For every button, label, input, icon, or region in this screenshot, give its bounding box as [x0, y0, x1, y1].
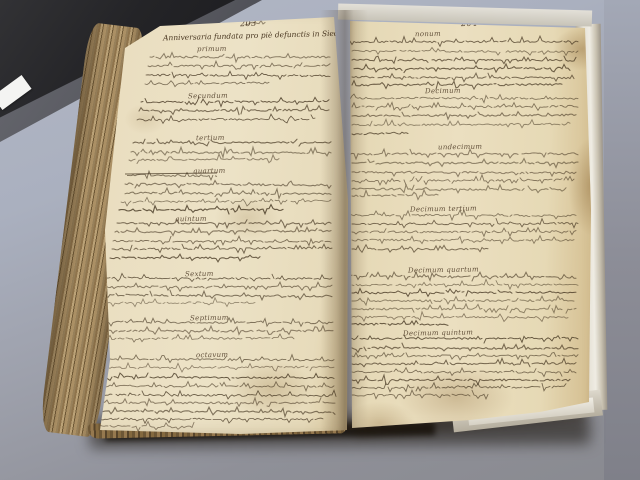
- section-heading: quartum: [193, 167, 226, 176]
- section-heading: Sextum: [185, 270, 214, 278]
- section-heading: Septimum: [190, 314, 229, 323]
- section-heading: Decimum quintum: [403, 328, 473, 337]
- photo-of-open-manuscript-book: 203 Anniversaria fundata pro piè defunct…: [0, 0, 640, 480]
- section-heading: tertium: [196, 134, 225, 142]
- handwriting-right: [338, 6, 600, 436]
- section-heading: quintum: [175, 215, 207, 224]
- section-heading: Decimum quartum: [408, 265, 479, 274]
- section-heading: primum: [197, 45, 227, 54]
- section-heading: Decimum tertium: [410, 204, 477, 213]
- section-heading: octavum: [196, 351, 228, 360]
- background-right-band: [604, 0, 640, 480]
- right-page: 204 nonumDecimumundecimumDecimum tertium…: [338, 6, 600, 436]
- page-number-left: 203: [240, 19, 257, 29]
- section-heading: nonum: [415, 30, 441, 38]
- section-heading: Secundum: [188, 92, 228, 101]
- section-heading: undecimum: [438, 143, 482, 152]
- section-heading: Decimum: [425, 87, 461, 96]
